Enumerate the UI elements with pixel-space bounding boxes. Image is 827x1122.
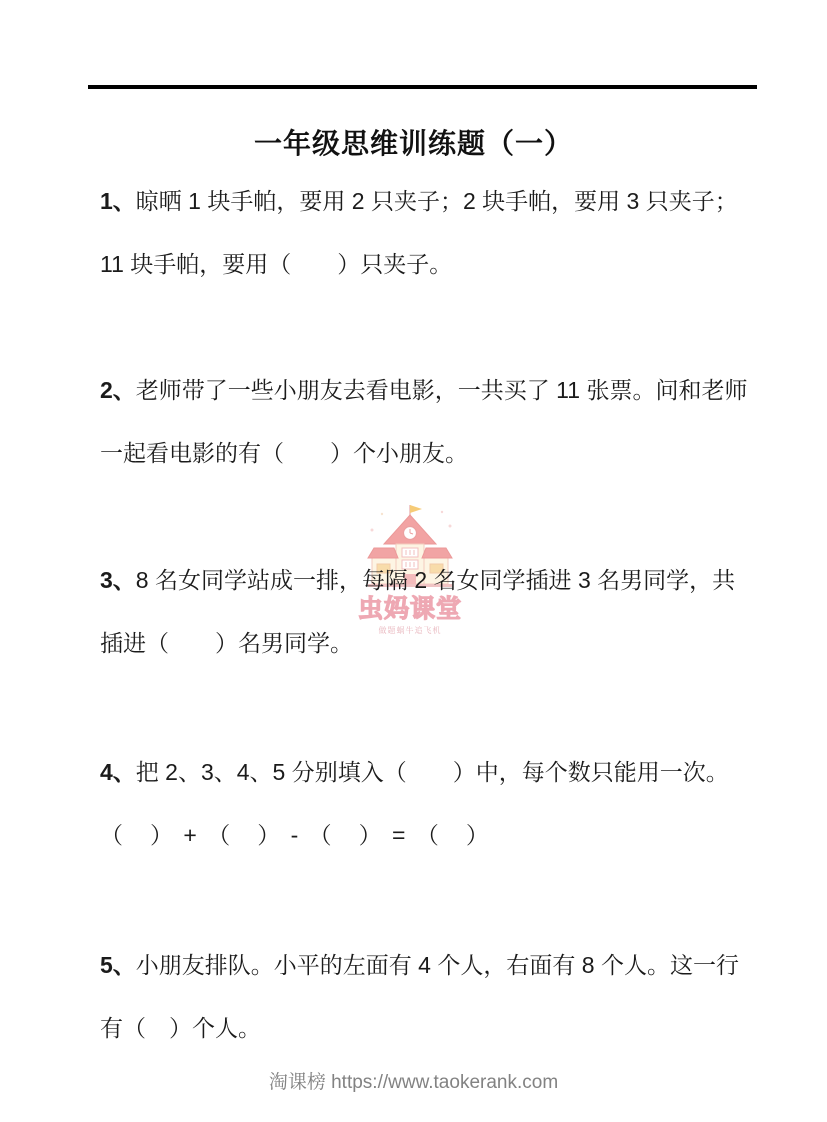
footer-credit: 淘课榜 https://www.taokerank.com (0, 1067, 827, 1094)
worksheet-page: 一年级思维训练题（一） (0, 0, 827, 1122)
worksheet-title: 一年级思维训练题（一） (0, 122, 827, 162)
question-3-line-2: 插进（ ）名男同学。 (100, 628, 735, 658)
question-1-line-1: 1、晾晒 1 块手帕，要用 2 只夹子；2 块手帕，要用 3 只夹子； (100, 186, 738, 216)
question-2-text: 老师带了一些小朋友去看电影，一共买了 11 张票。问和老师 (136, 377, 748, 403)
question-3-line-1: 3、8 名女同学站成一排，每隔 2 名女同学插进 3 名男同学，共 (100, 565, 735, 595)
question-1: 1、晾晒 1 块手帕，要用 2 只夹子；2 块手帕，要用 3 只夹子； 11 块… (100, 186, 738, 279)
question-3-text: 8 名女同学站成一排，每隔 2 名女同学插进 3 名男同学，共 (136, 567, 735, 593)
question-5: 5、小朋友排队。小平的左面有 4 个人，右面有 8 个人。这一行 有（ ）个人。 (100, 950, 739, 1043)
header-rule (88, 85, 757, 89)
question-2-line-2: 一起看电影的有（ ）个小朋友。 (100, 438, 747, 468)
question-2: 2、老师带了一些小朋友去看电影，一共买了 11 张票。问和老师 一起看电影的有（… (100, 375, 747, 468)
question-3: 3、8 名女同学站成一排，每隔 2 名女同学插进 3 名男同学，共 插进（ ）名… (100, 565, 735, 658)
question-4: 4、把 2、3、4、5 分别填入（ ）中，每个数只能用一次。 （ ） + （ ）… (100, 757, 729, 850)
question-4-text: 把 2、3、4、5 分别填入（ ）中，每个数只能用一次。 (136, 759, 729, 785)
question-5-line-1: 5、小朋友排队。小平的左面有 4 个人，右面有 8 个人。这一行 (100, 950, 739, 980)
question-1-number: 1、 (100, 188, 136, 214)
question-4-equation: （ ） + （ ） - （ ） = （ ） (100, 820, 729, 850)
question-5-number: 5、 (100, 952, 136, 978)
question-5-line-2: 有（ ）个人。 (100, 1013, 739, 1043)
question-3-number: 3、 (100, 567, 136, 593)
question-4-line-1: 4、把 2、3、4、5 分别填入（ ）中，每个数只能用一次。 (100, 757, 729, 787)
question-5-text: 小朋友排队。小平的左面有 4 个人，右面有 8 个人。这一行 (136, 952, 739, 978)
question-2-number: 2、 (100, 377, 136, 403)
question-2-line-1: 2、老师带了一些小朋友去看电影，一共买了 11 张票。问和老师 (100, 375, 747, 405)
question-1-line-2: 11 块手帕，要用（ ）只夹子。 (100, 249, 738, 279)
question-1-text: 晾晒 1 块手帕，要用 2 只夹子；2 块手帕，要用 3 只夹子； (136, 188, 738, 214)
question-4-number: 4、 (100, 759, 136, 785)
